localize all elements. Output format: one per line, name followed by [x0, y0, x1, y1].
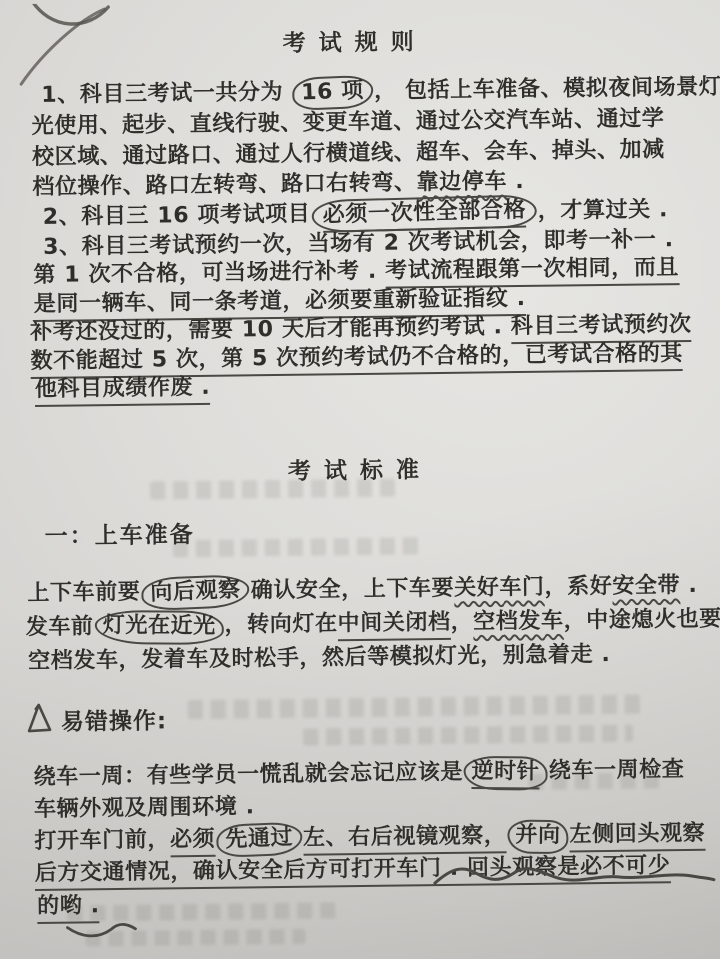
text-segment: 1、科目三考试一共分为: [41, 80, 291, 108]
pen-underline: 逆时针: [472, 759, 540, 790]
text-segment: ，中途熄火也要: [563, 607, 720, 634]
mistakes-line-2: 车辆外观及周围环境 .: [34, 792, 255, 825]
pen-circle-counterclockwise: 逆时针: [464, 756, 548, 791]
text-segment: 第 1 次不合格，可当场进行补考 .: [33, 259, 385, 288]
rules-line-11: 他科目成绩作废 .: [35, 373, 211, 405]
corner-hair-mark: [30, 0, 108, 25]
standards-section-1-heading: 一：上车准备: [44, 516, 194, 551]
text-segment: .: [680, 573, 698, 598]
pen-underline: 左侧回头观察: [569, 821, 705, 853]
rules-line-3: 校区域、通过路口、通过人行横道线、超车、会车、掉头、加减: [32, 135, 665, 173]
text-segment: ，: [450, 610, 473, 635]
text-segment: 上下车前要: [27, 580, 140, 606]
pen-wavy-underline: 安全带: [612, 573, 680, 599]
photographed-paper: 考试规则 1、科目三考试一共分为 16 项， 包括上车准备、模拟夜间场景灯 光使…: [0, 0, 720, 959]
pen-underline: 后方交通情况，确认安全后方可打开车门 . 回头观察是必不可少: [35, 853, 671, 891]
pen-underline: 的哟 .: [37, 893, 100, 924]
bleed-through-text: [173, 537, 423, 557]
pen-circle-low-beam: 灯光在近光: [94, 610, 223, 645]
text-segment: 补考还没过的，需要 10 天后才能再预约考试 .: [30, 314, 511, 345]
text-segment: 发车前: [26, 614, 94, 640]
text-segment: ，才算过关 .: [538, 197, 669, 224]
text-segment: ，转向灯在: [224, 611, 337, 637]
text-segment: 绕车一周检查: [549, 757, 685, 784]
pen-underline: 他科目成绩作废 .: [35, 375, 211, 407]
text-segment: 16 项: [301, 78, 365, 105]
text-segment: 灯光在近光: [103, 613, 216, 639]
text-segment: 并向: [515, 823, 560, 848]
text-segment: 2、科目三 16 项考试项目: [43, 202, 311, 230]
mistakes-heading: 易错操作:: [61, 702, 168, 736]
text-segment: ，系好: [544, 574, 612, 600]
standards-title: 考试标准: [0, 448, 720, 490]
pen-wavy-underline: 空档发车: [473, 609, 564, 635]
standards-line-2: 发车前灯光在近光，转向灯在中间关闭档，空档发车，中途熄火也要: [26, 604, 720, 647]
pen-underline: 左、右后视镜观察，: [303, 823, 507, 855]
rules-title: 考试规则: [0, 20, 715, 62]
text-segment: .: [507, 169, 525, 194]
pen-underline: 考试流程跟第一次相同，而且: [385, 255, 679, 289]
triangle-marker-icon: [25, 702, 55, 736]
mistakes-line-5: 的哟 .: [37, 891, 100, 922]
pen-wavy-underline: 关好车门: [454, 575, 545, 601]
pen-circle-16-items: 16 项: [292, 75, 374, 112]
text-segment: 确认安全，上下车要: [251, 576, 455, 603]
text-segment: 向后观察: [150, 577, 241, 606]
pen-wavy-underline: 靠边停车: [416, 169, 507, 195]
bleed-through-text: [188, 695, 648, 720]
pen-underline: 必须: [170, 827, 216, 858]
text-segment: 打开车门前，: [34, 827, 170, 854]
bleed-through-text: [86, 929, 306, 947]
pen-circle-look-back: 向后观察: [141, 574, 251, 612]
document-content: 考试规则 1、科目三考试一共分为 16 项， 包括上车准备、模拟夜间场景灯 光使…: [0, 0, 720, 959]
bleed-through-text: [303, 725, 633, 746]
text-segment: 先通过: [225, 825, 294, 853]
mistakes-line-4: 后方交通情况，确认安全后方可打开车门 . 回头观察是必不可少: [35, 851, 671, 889]
text-segment: 档位操作、路口左转弯、路口右转弯、: [32, 170, 416, 200]
mistakes-line-1: 绕车一周：有些学员一慌乱就会忘记应该是逆时针绕车一周检查: [33, 754, 684, 796]
pen-circle-and-toward: 并向: [507, 820, 569, 855]
pen-underline: 中间关闭档: [337, 610, 450, 641]
text-segment: ， 包括上车准备、模拟夜间场景灯: [374, 75, 720, 104]
pen-circle-first-through: 先通过: [216, 822, 303, 859]
standards-line-3: 空档发车，发着车及时松手，然后等模拟灯光，别急着走 .: [28, 640, 611, 677]
bleed-through-text: [67, 902, 337, 921]
text-segment: 绕车一周：有些学员一慌乱就会忘记应该是: [33, 760, 463, 790]
